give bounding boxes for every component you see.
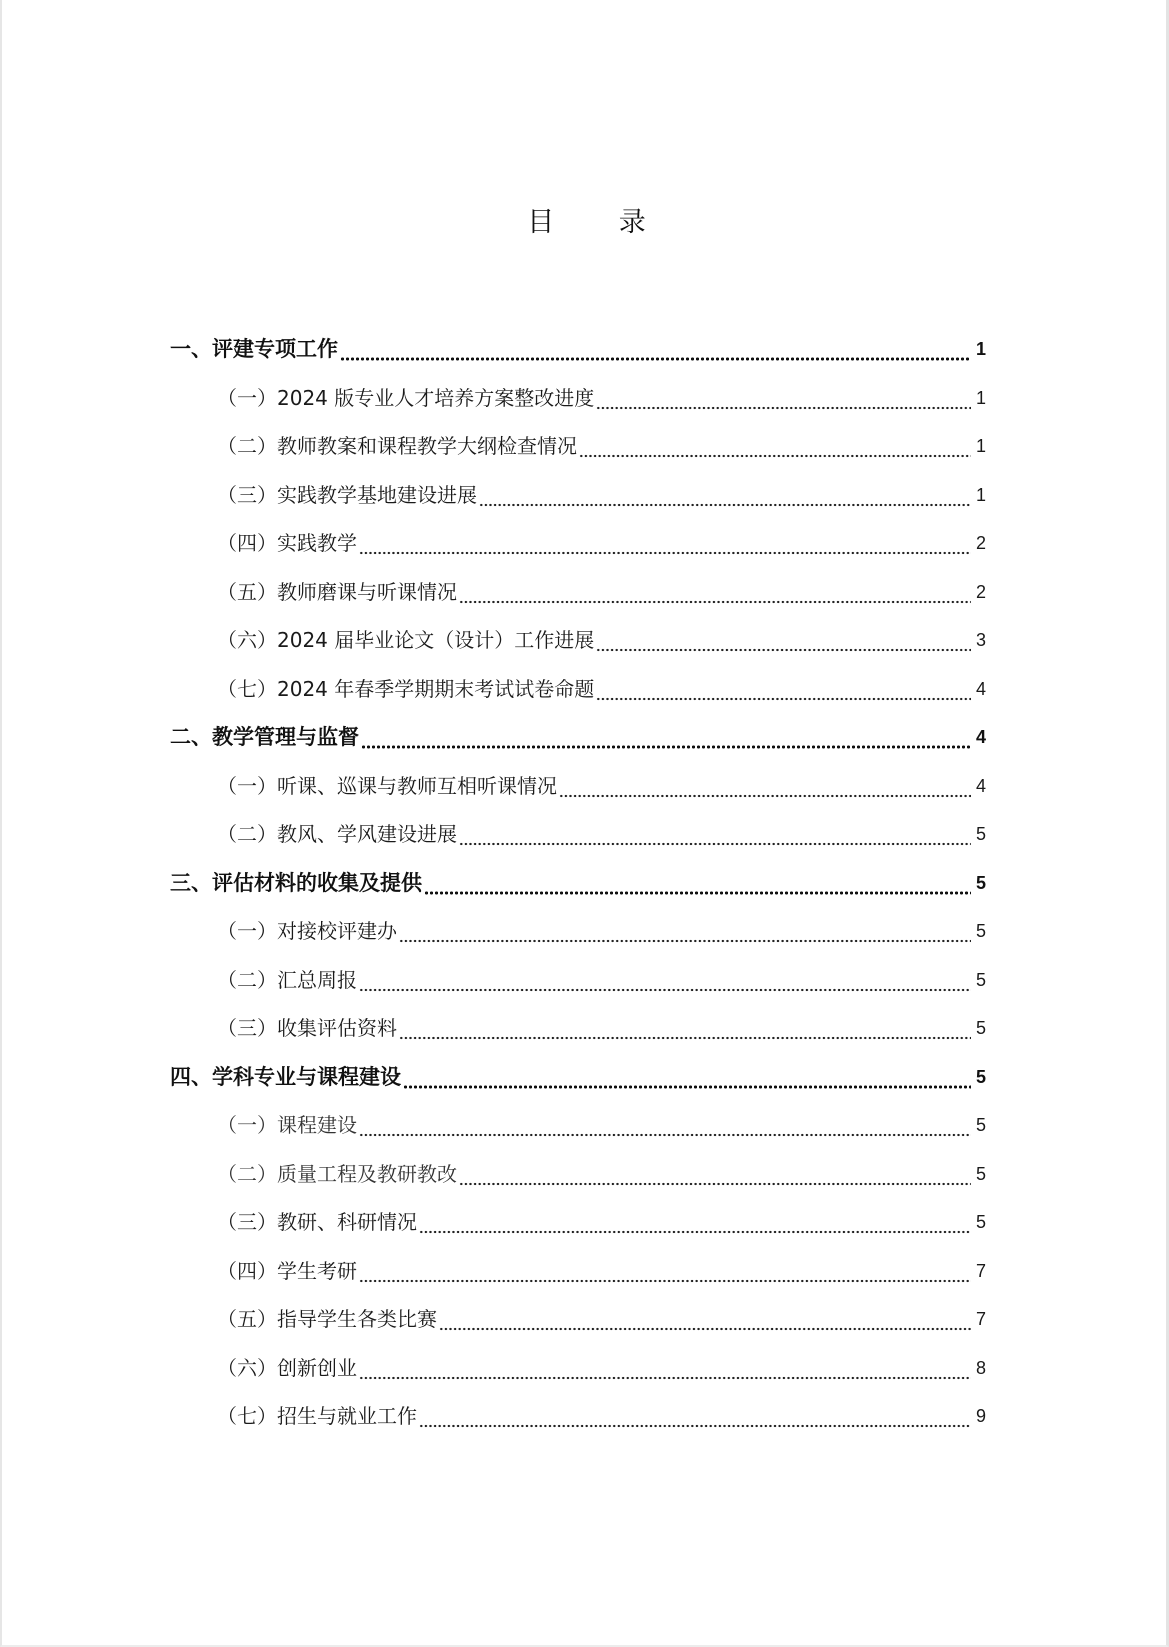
toc-page-number: 2 bbox=[974, 528, 986, 558]
dot-leader bbox=[596, 383, 971, 413]
toc-entry-section-4[interactable]: 四、学科专业与课程建设 5 bbox=[170, 1062, 986, 1092]
dot-leader bbox=[340, 334, 971, 364]
toc-entry-text: 一、评建专项工作 bbox=[170, 334, 338, 364]
dot-leader bbox=[361, 722, 971, 752]
toc-page-number: 1 bbox=[974, 431, 986, 461]
toc-entry-text: （二）教风、学风建设进展 bbox=[217, 819, 457, 849]
toc-entry-1-7[interactable]: （七）2024 年春季学期期末考试试卷命题 4 bbox=[217, 674, 986, 704]
toc-entry-1-5[interactable]: （五）教师磨课与听课情况 2 bbox=[217, 577, 986, 607]
toc-page-number: 5 bbox=[974, 868, 986, 898]
dot-leader bbox=[403, 1062, 971, 1092]
toc-entry-4-7[interactable]: （七）招生与就业工作 9 bbox=[217, 1401, 986, 1431]
toc-entry-text: （四）学生考研 bbox=[217, 1256, 357, 1286]
toc-entry-text: （二）质量工程及教研教改 bbox=[217, 1159, 457, 1189]
toc-entry-text: 三、评估材料的收集及提供 bbox=[170, 868, 422, 898]
dot-leader bbox=[399, 1013, 971, 1043]
toc-title: 目 录 bbox=[2, 200, 1169, 239]
dot-leader bbox=[359, 965, 971, 995]
toc-entry-4-3[interactable]: （三）教研、科研情况 5 bbox=[217, 1207, 986, 1237]
toc-entry-text: （七）招生与就业工作 bbox=[217, 1401, 417, 1431]
toc-page-number: 4 bbox=[974, 771, 986, 801]
toc-entry-text: （六）2024 届毕业论文（设计）工作进展 bbox=[217, 625, 594, 655]
dot-leader bbox=[579, 431, 971, 461]
dot-leader bbox=[399, 916, 971, 946]
toc-entry-1-4[interactable]: （四）实践教学 2 bbox=[217, 528, 986, 558]
dot-leader bbox=[459, 1159, 971, 1189]
toc-entry-1-3[interactable]: （三）实践教学基地建设进展 1 bbox=[217, 480, 986, 510]
toc-page-number: 4 bbox=[974, 722, 986, 752]
toc-entry-text: （三）教研、科研情况 bbox=[217, 1207, 417, 1237]
toc-page-number: 7 bbox=[974, 1256, 986, 1286]
toc-entry-text: （四）实践教学 bbox=[217, 528, 357, 558]
toc-page-number: 5 bbox=[974, 819, 986, 849]
toc-entry-4-1[interactable]: （一）课程建设 5 bbox=[217, 1110, 986, 1140]
toc-page-number: 8 bbox=[974, 1353, 986, 1383]
toc-page-number: 3 bbox=[974, 625, 986, 655]
toc-entry-4-4[interactable]: （四）学生考研 7 bbox=[217, 1256, 986, 1286]
dot-leader bbox=[596, 625, 971, 655]
toc-entry-text: （七）2024 年春季学期期末考试试卷命题 bbox=[217, 674, 594, 704]
toc-entry-text: 二、教学管理与监督 bbox=[170, 722, 359, 752]
toc-entry-text: （六）创新创业 bbox=[217, 1353, 357, 1383]
dot-leader bbox=[424, 868, 971, 898]
dot-leader bbox=[359, 1353, 971, 1383]
dot-leader bbox=[359, 528, 971, 558]
toc-page-number: 5 bbox=[974, 1110, 986, 1140]
toc-page-number: 1 bbox=[974, 383, 986, 413]
toc-entry-text: （一）对接校评建办 bbox=[217, 916, 397, 946]
toc-entry-2-1[interactable]: （一）听课、巡课与教师互相听课情况 4 bbox=[217, 771, 986, 801]
dot-leader bbox=[559, 771, 971, 801]
toc-entry-3-2[interactable]: （二）汇总周报 5 bbox=[217, 965, 986, 995]
toc-page-number: 1 bbox=[974, 334, 986, 364]
dot-leader bbox=[419, 1207, 971, 1237]
toc-page-number: 5 bbox=[974, 916, 986, 946]
dot-leader bbox=[419, 1401, 971, 1431]
document-page: 目 录 一、评建专项工作 1 （一）2024 版专业人才培养方案整改进度 1 （… bbox=[0, 0, 1169, 1647]
toc-entry-section-3[interactable]: 三、评估材料的收集及提供 5 bbox=[170, 868, 986, 898]
toc-entry-text: （二）汇总周报 bbox=[217, 965, 357, 995]
toc-entry-text: （五）指导学生各类比赛 bbox=[217, 1304, 437, 1334]
dot-leader bbox=[359, 1110, 971, 1140]
dot-leader bbox=[596, 674, 971, 704]
toc-entry-section-1[interactable]: 一、评建专项工作 1 bbox=[170, 334, 986, 364]
toc-page-number: 5 bbox=[974, 1159, 986, 1189]
dot-leader bbox=[439, 1304, 971, 1334]
toc-page-number: 5 bbox=[974, 1062, 986, 1092]
toc-entry-1-6[interactable]: （六）2024 届毕业论文（设计）工作进展 3 bbox=[217, 625, 986, 655]
toc-entry-text: （三）实践教学基地建设进展 bbox=[217, 480, 477, 510]
dot-leader bbox=[459, 819, 971, 849]
toc-page-number: 5 bbox=[974, 1013, 986, 1043]
toc-entry-text: （一）2024 版专业人才培养方案整改进度 bbox=[217, 383, 594, 413]
toc-page-number: 2 bbox=[974, 577, 986, 607]
dot-leader bbox=[359, 1256, 971, 1286]
toc-entry-section-2[interactable]: 二、教学管理与监督 4 bbox=[170, 722, 986, 752]
toc-entry-4-2[interactable]: （二）质量工程及教研教改 5 bbox=[217, 1159, 986, 1189]
toc-entry-text: （五）教师磨课与听课情况 bbox=[217, 577, 457, 607]
toc-page-number: 4 bbox=[974, 674, 986, 704]
toc-entry-1-1[interactable]: （一）2024 版专业人才培养方案整改进度 1 bbox=[217, 383, 986, 413]
toc-page-number: 7 bbox=[974, 1304, 986, 1334]
toc-entry-4-6[interactable]: （六）创新创业 8 bbox=[217, 1353, 986, 1383]
toc-page-number: 5 bbox=[974, 1207, 986, 1237]
toc-entry-text: （一）课程建设 bbox=[217, 1110, 357, 1140]
toc-entry-3-1[interactable]: （一）对接校评建办 5 bbox=[217, 916, 986, 946]
toc-entry-text: 四、学科专业与课程建设 bbox=[170, 1062, 401, 1092]
toc-entry-2-2[interactable]: （二）教风、学风建设进展 5 bbox=[217, 819, 986, 849]
toc-entry-text: （一）听课、巡课与教师互相听课情况 bbox=[217, 771, 557, 801]
toc-page-number: 1 bbox=[974, 480, 986, 510]
toc-entry-text: （二）教师教案和课程教学大纲检查情况 bbox=[217, 431, 577, 461]
toc-page-number: 5 bbox=[974, 965, 986, 995]
toc-page-number: 9 bbox=[974, 1401, 986, 1431]
dot-leader bbox=[459, 577, 971, 607]
toc-entry-text: （三）收集评估资料 bbox=[217, 1013, 397, 1043]
toc-entry-4-5[interactable]: （五）指导学生各类比赛 7 bbox=[217, 1304, 986, 1334]
dot-leader bbox=[479, 480, 971, 510]
toc-entry-3-3[interactable]: （三）收集评估资料 5 bbox=[217, 1013, 986, 1043]
toc-entry-1-2[interactable]: （二）教师教案和课程教学大纲检查情况 1 bbox=[217, 431, 986, 461]
